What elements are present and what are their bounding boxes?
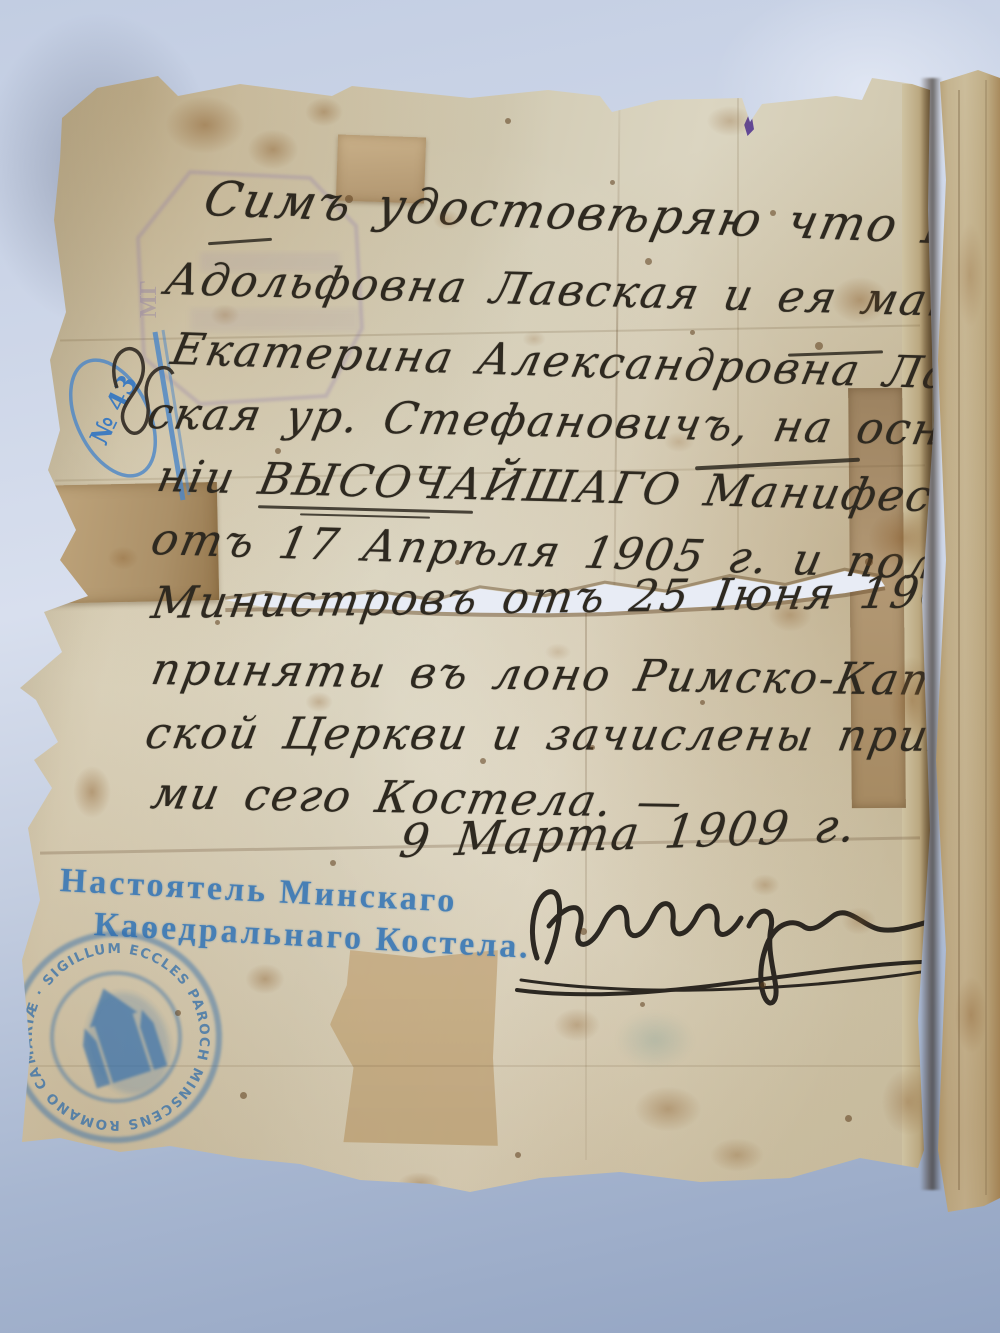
handwriting-line: Министровъ отъ 25 Іюня 1905 г.: [148, 569, 1000, 626]
stain: [948, 960, 994, 1070]
photo-scene: МГ № 43 Симъ удостовѣряю что Елена Адоль…: [0, 0, 1000, 1333]
ink-smudge: [600, 1000, 710, 1080]
tape-residue-patch: [330, 950, 498, 1146]
handwriting-line: приняты въ лоно Римско-Католиче-: [148, 648, 1000, 705]
torn-gap-shadow: [920, 78, 942, 1190]
faint-stamp-letters: МГ: [136, 280, 162, 318]
handwriting-line: ской Церкви и зачислены прихожа-: [142, 712, 1000, 759]
document-paper: МГ № 43 Симъ удостовѣряю что Елена Адоль…: [0, 0, 1000, 1333]
stain: [950, 200, 990, 350]
